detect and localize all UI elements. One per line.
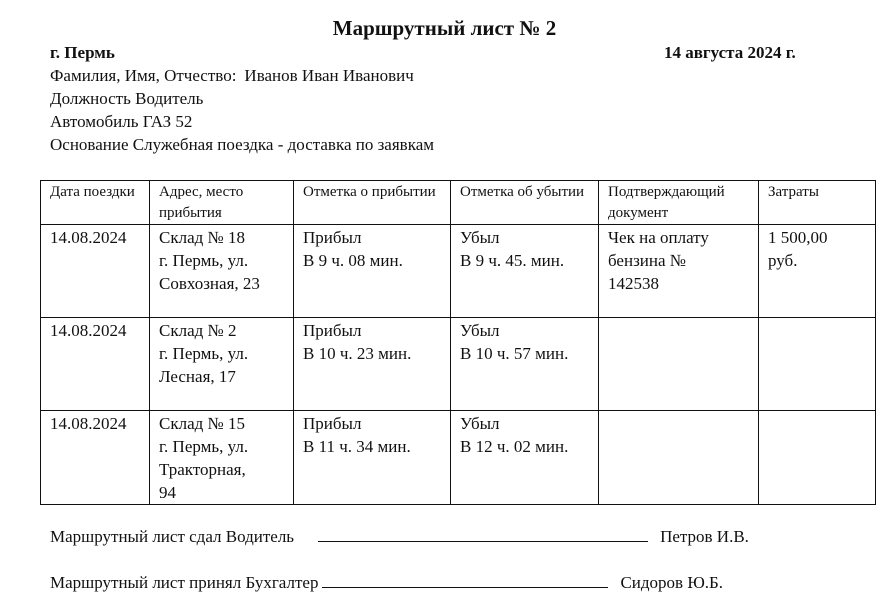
cell-document xyxy=(599,411,759,505)
header-address: Адрес, место прибытия xyxy=(150,181,294,225)
position-value: Водитель xyxy=(135,89,203,108)
cell-departure: УбылВ 10 ч. 57 мин. xyxy=(451,318,599,411)
cell-address: Склад № 18г. Пермь, ул.Совхозная, 23 xyxy=(150,225,294,318)
cell-arrival-line: В 9 ч. 08 мин. xyxy=(303,249,442,272)
cell-document xyxy=(599,318,759,411)
cell-cost: 1 500,00руб. xyxy=(759,225,876,318)
accepted-label: Маршрутный лист принял Бухгалтер xyxy=(50,573,318,592)
table-header-row: Дата поездки Адрес, место прибытия Отмет… xyxy=(41,181,876,225)
cell-arrival: ПрибылВ 9 ч. 08 мин. xyxy=(294,225,451,318)
cell-address-line: 94 xyxy=(159,481,285,504)
fio-label: Фамилия, Имя, Отчество: xyxy=(50,66,236,85)
car-line: Автомобиль ГАЗ 52 xyxy=(50,112,192,132)
cell-date: 14.08.2024 xyxy=(41,225,150,318)
document-date: 14 августа 2024 г. xyxy=(664,43,796,63)
basis-value: Служебная поездка - доставка по заявкам xyxy=(133,135,434,154)
cell-cost xyxy=(759,411,876,505)
car-label: Автомобиль xyxy=(50,112,139,131)
basis-label: Основание xyxy=(50,135,129,154)
cell-document-line: 142538 xyxy=(608,272,750,295)
accepted-name: Сидоров Ю.Б. xyxy=(620,573,723,592)
fio-value: Иванов Иван Иванович xyxy=(244,66,413,85)
cell-departure-line: В 10 ч. 57 мин. xyxy=(460,342,590,365)
cell-cost-line: руб. xyxy=(768,249,867,272)
cell-arrival-line: В 11 ч. 34 мин. xyxy=(303,435,442,458)
basis-line: Основание Служебная поездка - доставка п… xyxy=(50,135,434,155)
cell-departure: УбылВ 9 ч. 45. мин. xyxy=(451,225,599,318)
cell-arrival-line: Прибыл xyxy=(303,319,442,342)
cell-cost xyxy=(759,318,876,411)
cell-address-line: Лесная, 17 xyxy=(159,365,285,388)
cell-arrival-line: В 10 ч. 23 мин. xyxy=(303,342,442,365)
cell-departure: УбылВ 12 ч. 02 мин. xyxy=(451,411,599,505)
cell-document-line: бензина № xyxy=(608,249,750,272)
city: г. Пермь xyxy=(50,43,115,63)
handed-label: Маршрутный лист сдал Водитель xyxy=(50,527,294,546)
cell-address-line: Склад № 2 xyxy=(159,319,285,342)
fio-line: Фамилия, Имя, Отчество:Иванов Иван Ивано… xyxy=(50,66,414,86)
position-line: Должность Водитель xyxy=(50,89,203,109)
header-arrival: Отметка о прибытии xyxy=(294,181,451,225)
cell-date: 14.08.2024 xyxy=(41,411,150,505)
cell-address-line: Тракторная, xyxy=(159,458,285,481)
table-row: 14.08.2024Склад № 2г. Пермь, ул.Лесная, … xyxy=(41,318,876,411)
cell-arrival: ПрибылВ 11 ч. 34 мин. xyxy=(294,411,451,505)
cell-address: Склад № 15г. Пермь, ул.Тракторная,94 xyxy=(150,411,294,505)
header-departure: Отметка об убытии xyxy=(451,181,599,225)
cell-address-line: г. Пермь, ул. xyxy=(159,342,285,365)
document-title: Маршрутный лист № 2 xyxy=(0,16,889,41)
cell-cost-line: 1 500,00 xyxy=(768,226,867,249)
table-row: 14.08.2024Склад № 15г. Пермь, ул.Трактор… xyxy=(41,411,876,505)
cell-arrival-line: Прибыл xyxy=(303,226,442,249)
cell-arrival-line: Прибыл xyxy=(303,412,442,435)
cell-date: 14.08.2024 xyxy=(41,318,150,411)
cell-address-line: Склад № 18 xyxy=(159,226,285,249)
cell-document-line: Чек на оплату xyxy=(608,226,750,249)
header-cost: Затраты xyxy=(759,181,876,225)
cell-address: Склад № 2г. Пермь, ул.Лесная, 17 xyxy=(150,318,294,411)
cell-document: Чек на оплатубензина №142538 xyxy=(599,225,759,318)
cell-arrival: ПрибылВ 10 ч. 23 мин. xyxy=(294,318,451,411)
cell-address-line: г. Пермь, ул. xyxy=(159,249,285,272)
cell-departure-line: Убыл xyxy=(460,412,590,435)
cell-departure-line: В 9 ч. 45. мин. xyxy=(460,249,590,272)
header-date: Дата поездки xyxy=(41,181,150,225)
accepted-signature-line: Маршрутный лист принял БухгалтерСидоров … xyxy=(50,573,723,593)
handed-name: Петров И.В. xyxy=(660,527,749,546)
handed-signature-line: Маршрутный лист сдал ВодительПетров И.В. xyxy=(50,527,749,547)
table-row: 14.08.2024Склад № 18г. Пермь, ул.Совхозн… xyxy=(41,225,876,318)
header-document: Подтверждающий документ xyxy=(599,181,759,225)
accepted-signature-blank xyxy=(322,573,608,588)
car-value: ГАЗ 52 xyxy=(143,112,193,131)
position-label: Должность xyxy=(50,89,131,108)
route-table: Дата поездки Адрес, место прибытия Отмет… xyxy=(40,180,876,505)
cell-address-line: Совхозная, 23 xyxy=(159,272,285,295)
cell-departure-line: Убыл xyxy=(460,319,590,342)
cell-address-line: г. Пермь, ул. xyxy=(159,435,285,458)
cell-departure-line: В 12 ч. 02 мин. xyxy=(460,435,590,458)
handed-signature-blank xyxy=(318,527,648,542)
cell-departure-line: Убыл xyxy=(460,226,590,249)
cell-address-line: Склад № 15 xyxy=(159,412,285,435)
